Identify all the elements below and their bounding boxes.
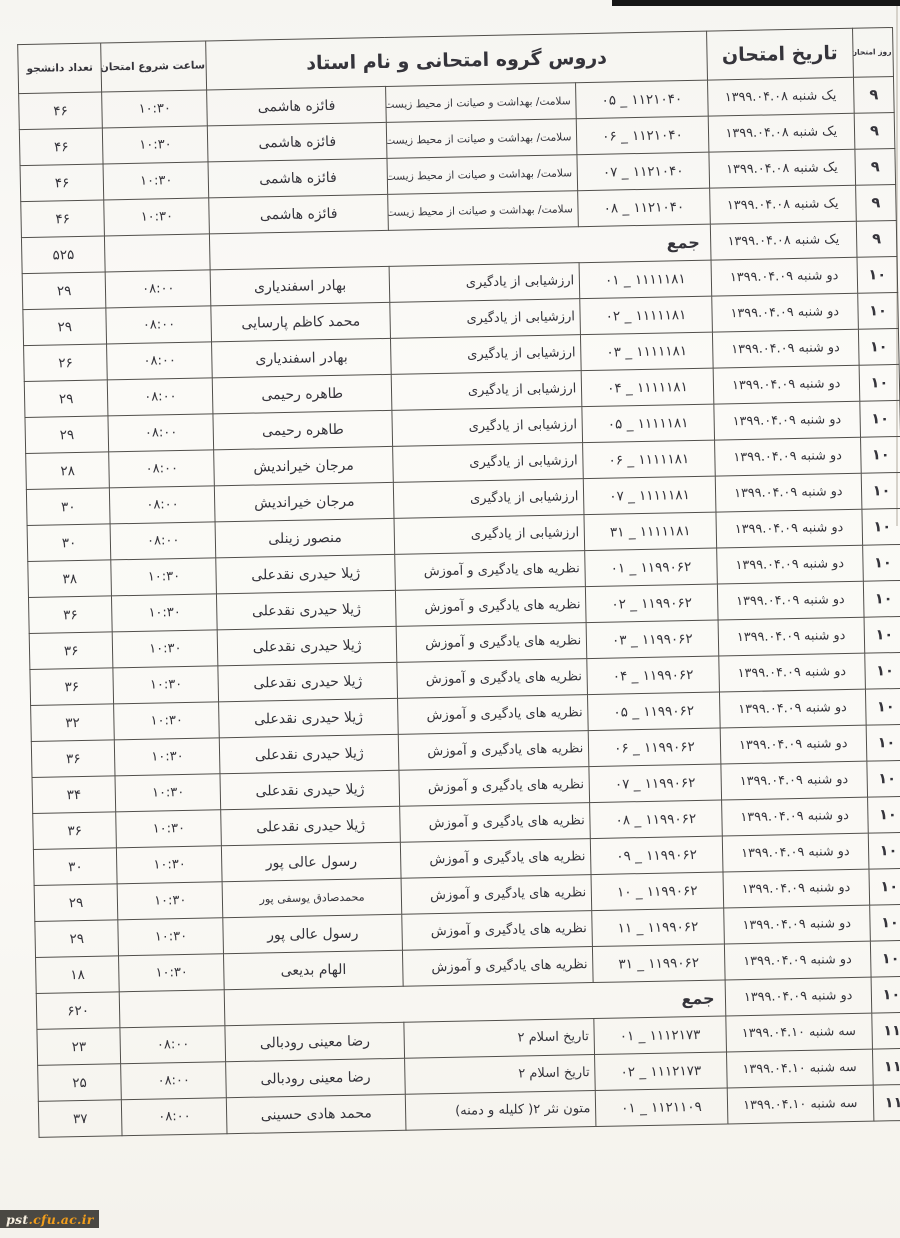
start-time-cell: ۱۰:۳۰ <box>112 594 218 632</box>
exam-date-cell: دو شنبه ۱۳۹۹.۰۴.۰۹ <box>722 833 869 872</box>
exam-date-cell: یک شنبه ۱۳۹۹.۰۴.۰۸ <box>710 221 857 260</box>
student-count-cell: ۳۶ <box>33 812 117 850</box>
student-count-cell: ۳۶ <box>31 740 115 778</box>
student-count-cell: ۳۶ <box>29 632 113 670</box>
professor-name-cell: ژیلا حیدری نقدعلی <box>218 626 397 665</box>
professor-name-cell: فائزه هاشمی <box>208 158 387 197</box>
start-time-cell: ۰۸:۰۰ <box>107 342 213 380</box>
start-time-cell: ۱۰:۳۰ <box>119 954 225 992</box>
professor-name-cell: ژیلا حیدری نقدعلی <box>217 590 396 629</box>
student-count-cell: ۲۶ <box>24 344 108 382</box>
exam-date-cell: دو شنبه ۱۳۹۹.۰۴.۰۹ <box>720 761 867 800</box>
exam-day-cell: ۱۰ <box>867 796 900 833</box>
exam-date-cell: دو شنبه ۱۳۹۹.۰۴.۰۹ <box>713 365 860 404</box>
course-code-cell: ۱۱۱۲۱۷۳ _ ۰۲ <box>595 1052 727 1091</box>
header-exam-date: تاریخ امتحان <box>706 28 853 80</box>
exam-date-cell: دو شنبه ۱۳۹۹.۰۴.۰۹ <box>715 473 862 512</box>
professor-name-cell: منصور زینلی <box>216 518 395 557</box>
professor-name-cell: ژیلا حیدری نقدعلی <box>221 806 400 845</box>
start-time-cell: ۰۸:۰۰ <box>110 486 216 524</box>
student-count-cell: ۵۲۵ <box>21 236 105 274</box>
start-time-cell: ۰۸:۰۰ <box>105 270 211 308</box>
exam-day-cell: ۱۱ <box>872 1012 900 1049</box>
professor-name-cell: رضا معینی رودبالی <box>225 1022 404 1061</box>
exam-day-cell: ۱۰ <box>859 364 900 401</box>
professor-name-cell: طاهره رحیمی <box>213 374 392 413</box>
start-time-cell: ۱۰:۳۰ <box>114 702 220 740</box>
exam-day-cell: ۹ <box>856 184 897 221</box>
course-code-cell: ۱۱۹۹۰۶۲ _ ۰۶ <box>588 728 720 767</box>
course-name-cell: ارزشیابی از یادگیری <box>389 263 580 303</box>
course-name-cell: سلامت/ بهداشت و صیانت از محیط زیست <box>387 155 578 195</box>
student-count-cell: ۳۸ <box>28 560 112 598</box>
start-time-cell: ۱۰:۳۰ <box>103 162 209 200</box>
student-count-cell: ۲۸ <box>26 452 110 490</box>
professor-name-cell: مرجان خیراندیش <box>214 446 393 485</box>
scanned-exam-schedule-page: { "artifacts": { "top_bar_color": "#1616… <box>0 0 900 1238</box>
course-name-cell: ارزشیابی از یادگیری <box>390 299 581 339</box>
exam-date-cell: دو شنبه ۱۳۹۹.۰۴.۰۹ <box>718 653 865 692</box>
course-code-cell: ۱۱۹۹۰۶۲ _ ۰۸ <box>590 800 722 839</box>
course-code-cell: ۱۱۱۱۱۸۱ _ ۰۵ <box>582 404 714 443</box>
course-name-cell: تاریخ اسلام ۲ <box>404 1019 595 1059</box>
course-code-cell: ۱۱۱۱۱۸۱ _ ۰۶ <box>583 440 715 479</box>
student-count-cell: ۴۶ <box>21 200 105 238</box>
start-time-cell: ۱۰:۳۰ <box>104 198 210 236</box>
student-count-cell: ۲۹ <box>34 884 118 922</box>
start-time-cell: ۱۰:۳۰ <box>116 810 222 848</box>
course-code-cell: ۱۱۹۹۰۶۲ _ ۰۲ <box>586 584 718 623</box>
exam-schedule-table: روز امتحان تاریخ امتحان دروس گروه امتحان… <box>17 27 900 1138</box>
exam-date-cell: دو شنبه ۱۳۹۹.۰۴.۰۹ <box>714 437 861 476</box>
start-time-cell: ۱۰:۳۰ <box>115 774 221 812</box>
student-count-cell: ۲۹ <box>25 416 109 454</box>
course-code-cell: ۱۱۱۱۱۸۱ _ ۳۱ <box>584 512 716 551</box>
student-count-cell: ۳۶ <box>28 596 112 634</box>
header-exam-day: روز امتحان <box>852 28 893 78</box>
exam-date-cell: سه شنبه ۱۳۹۹.۰۴.۱۰ <box>725 1013 872 1052</box>
exam-day-cell: ۱۰ <box>865 652 900 689</box>
exam-day-cell: ۱۰ <box>870 940 900 977</box>
start-time-cell: ۱۰:۳۰ <box>117 882 223 920</box>
student-count-cell: ۲۹ <box>35 920 119 958</box>
professor-name-cell: ژیلا حیدری نقدعلی <box>220 770 399 809</box>
professor-name-cell: رسول عالی پور <box>222 842 401 881</box>
course-name-cell: نظریه های یادگیری و آموزش <box>395 587 586 627</box>
start-time-cell: ۱۰:۳۰ <box>112 630 218 668</box>
professor-name-cell: ژیلا حیدری نقدعلی <box>216 554 395 593</box>
professor-name-cell: ژیلا حیدری نقدعلی <box>219 698 398 737</box>
exam-date-cell: یک شنبه ۱۳۹۹.۰۴.۰۸ <box>709 185 856 224</box>
student-count-cell: ۳۲ <box>31 704 115 742</box>
exam-day-cell: ۱۱ <box>873 1084 900 1121</box>
start-time-cell <box>105 234 211 272</box>
course-code-cell: ۱۱۱۱۱۸۱ _ ۰۳ <box>581 332 713 371</box>
professor-name-cell: فائزه هاشمی <box>209 194 388 233</box>
student-count-cell: ۲۹ <box>23 308 107 346</box>
student-count-cell: ۳۰ <box>33 848 117 886</box>
start-time-cell: ۱۰:۳۰ <box>103 126 209 164</box>
professor-name-cell: رضا معینی رودبالی <box>226 1058 405 1097</box>
header-student-count: تعداد دانشجو <box>18 43 102 94</box>
start-time-cell: ۰۸:۰۰ <box>121 1062 227 1100</box>
course-name-cell: نظریه های یادگیری و آموزش <box>399 767 590 807</box>
course-name-cell: ارزشیابی از یادگیری <box>392 443 583 483</box>
professor-name-cell: بهادر اسفندیاری <box>211 266 390 305</box>
course-name-cell: ارزشیابی از یادگیری <box>394 515 585 555</box>
student-count-cell: ۳۷ <box>38 1100 122 1138</box>
course-name-cell: نظریه های یادگیری و آموزش <box>400 839 591 879</box>
start-time-cell <box>119 990 225 1028</box>
course-code-cell: ۱۱۲۱۰۴۰ _ ۰۵ <box>576 80 708 119</box>
scan-edge-artifact <box>612 0 900 6</box>
course-name-cell: ارزشیابی از یادگیری <box>391 371 582 411</box>
exam-date-cell: دو شنبه ۱۳۹۹.۰۴.۰۹ <box>721 797 868 836</box>
course-code-cell: ۱۱۹۹۰۶۲ _ ۱۰ <box>591 872 723 911</box>
exam-day-cell: ۱۰ <box>871 976 900 1013</box>
student-count-cell: ۲۹ <box>24 380 108 418</box>
course-name-cell: سلامت/ بهداشت و صیانت از محیط زیست <box>388 191 579 231</box>
course-name-cell: نظریه های یادگیری و آموزش <box>401 875 592 915</box>
exam-date-cell: دو شنبه ۱۳۹۹.۰۴.۰۹ <box>719 689 866 728</box>
course-name-cell: نظریه های یادگیری و آموزش <box>402 947 593 987</box>
course-code-cell: ۱۱۱۱۱۸۱ _ ۰۲ <box>580 296 712 335</box>
course-code-cell: ۱۱۱۱۱۸۱ _ ۰۷ <box>584 476 716 515</box>
exam-day-cell: ۱۰ <box>863 580 900 617</box>
professor-name-cell: بهادر اسفندیاری <box>212 338 391 377</box>
start-time-cell: ۱۰:۳۰ <box>113 666 219 704</box>
course-code-cell: ۱۱۹۹۰۶۲ _ ۰۱ <box>585 548 717 587</box>
start-time-cell: ۱۰:۳۰ <box>118 918 224 956</box>
start-time-cell: ۰۸:۰۰ <box>108 414 214 452</box>
course-name-cell: ارزشیابی از یادگیری <box>393 479 584 519</box>
exam-date-cell: دو شنبه ۱۳۹۹.۰۴.۰۹ <box>716 545 863 584</box>
course-name-cell: نظریه های یادگیری و آموزش <box>398 731 589 771</box>
course-name-cell: ارزشیابی از یادگیری <box>392 407 583 447</box>
exam-date-cell: سه شنبه ۱۳۹۹.۰۴.۱۰ <box>726 1049 873 1088</box>
exam-date-cell: دو شنبه ۱۳۹۹.۰۴.۰۹ <box>718 617 865 656</box>
course-name-cell: نظریه های یادگیری و آموزش <box>402 911 593 951</box>
exam-day-cell: ۱۰ <box>866 724 900 761</box>
start-time-cell: ۰۸:۰۰ <box>106 306 212 344</box>
watermark-domain: .cfu.ac.ir <box>28 1212 93 1227</box>
start-time-cell: ۰۸:۰۰ <box>107 378 213 416</box>
exam-day-cell: ۱۰ <box>865 688 900 725</box>
exam-day-cell: ۱۰ <box>861 472 900 509</box>
exam-date-cell: یک شنبه ۱۳۹۹.۰۴.۰۸ <box>707 77 854 116</box>
start-time-cell: ۰۸:۰۰ <box>122 1098 228 1136</box>
exam-date-cell: دو شنبه ۱۳۹۹.۰۴.۰۹ <box>713 401 860 440</box>
course-name-cell: نظریه های یادگیری و آموزش <box>396 623 587 663</box>
exam-day-cell: ۱۰ <box>870 904 900 941</box>
exam-day-cell: ۱۰ <box>864 616 900 653</box>
professor-name-cell: مرجان خیراندیش <box>215 482 394 521</box>
course-name-cell: سلامت/ بهداشت و صیانت از محیط زیست <box>385 83 576 123</box>
exam-date-cell: دو شنبه ۱۳۹۹.۰۴.۰۹ <box>711 293 858 332</box>
exam-day-cell: ۱۰ <box>858 328 899 365</box>
course-code-cell: ۱۱۱۱۱۸۱ _ ۰۴ <box>581 368 713 407</box>
start-time-cell: ۱۰:۳۰ <box>115 738 221 776</box>
start-time-cell: ۰۸:۰۰ <box>110 522 216 560</box>
course-code-cell: ۱۱۹۹۰۶۲ _ ۰۷ <box>589 764 721 803</box>
exam-day-cell: ۱۰ <box>862 508 900 545</box>
exam-date-cell: دو شنبه ۱۳۹۹.۰۴.۰۹ <box>711 257 858 296</box>
exam-day-cell: ۱۰ <box>860 400 900 437</box>
exam-day-cell: ۱۱ <box>872 1048 900 1085</box>
professor-name-cell: محمد هادی حسینی <box>227 1094 406 1133</box>
course-code-cell: ۱۱۲۱۰۴۰ _ ۰۶ <box>577 116 709 155</box>
student-count-cell: ۶۲۰ <box>36 992 120 1030</box>
exam-date-cell: یک شنبه ۱۳۹۹.۰۴.۰۸ <box>708 113 855 152</box>
professor-name-cell: طاهره رحیمی <box>213 410 392 449</box>
professor-name-cell: فائزه هاشمی <box>207 86 386 125</box>
exam-date-cell: دو شنبه ۱۳۹۹.۰۴.۰۹ <box>720 725 867 764</box>
exam-day-cell: ۱۰ <box>868 832 900 869</box>
course-code-cell: ۱۱۹۹۰۶۲ _ ۳۱ <box>593 944 725 983</box>
course-code-cell: ۱۱۱۲۱۷۳ _ ۰۱ <box>594 1016 726 1055</box>
course-code-cell: ۱۱۹۹۰۶۲ _ ۱۱ <box>592 908 724 947</box>
course-name-cell: نظریه های یادگیری و آموزش <box>395 551 586 591</box>
exam-day-cell: ۹ <box>854 112 895 149</box>
course-name-cell: نظریه های یادگیری و آموزش <box>397 659 588 699</box>
exam-day-cell: ۹ <box>855 148 896 185</box>
student-count-cell: ۴۶ <box>19 128 103 166</box>
course-name-cell: سلامت/ بهداشت و صیانت از محیط زیست <box>386 119 577 159</box>
start-time-cell: ۰۸:۰۰ <box>109 450 215 488</box>
course-name-cell: نظریه های یادگیری و آموزش <box>397 695 588 735</box>
exam-date-cell: دو شنبه ۱۳۹۹.۰۴.۰۹ <box>717 581 864 620</box>
watermark-bar: pst.cfu.ac.ir <box>0 1210 99 1228</box>
professor-name-cell: الهام بدیعی <box>224 950 403 989</box>
professor-name-cell: رسول عالی پور <box>223 914 402 953</box>
student-count-cell: ۳۰ <box>27 524 111 562</box>
course-code-cell: ۱۱۹۹۰۶۲ _ ۰۵ <box>588 692 720 731</box>
start-time-cell: ۰۸:۰۰ <box>120 1026 226 1064</box>
student-count-cell: ۳۶ <box>30 668 114 706</box>
professor-name-cell: ژیلا حیدری نقدعلی <box>220 734 399 773</box>
exam-day-cell: ۱۰ <box>860 436 900 473</box>
start-time-cell: ۱۰:۳۰ <box>117 846 223 884</box>
course-name-cell: متون نثر ۲( کلیله و دمنه) <box>405 1091 596 1131</box>
exam-date-cell: دو شنبه ۱۳۹۹.۰۴.۰۹ <box>716 509 863 548</box>
course-name-cell: تاریخ اسلام ۲ <box>404 1055 595 1095</box>
professor-name-cell: فائزه هاشمی <box>208 122 387 161</box>
exam-date-cell: سه شنبه ۱۳۹۹.۰۴.۱۰ <box>727 1085 874 1124</box>
professor-name-cell: محمدصادق یوسفی پور <box>223 878 402 917</box>
exam-date-cell: دو شنبه ۱۳۹۹.۰۴.۰۹ <box>725 977 872 1016</box>
student-count-cell: ۲۳ <box>37 1028 121 1066</box>
course-code-cell: ۱۱۹۹۰۶۲ _ ۰۹ <box>591 836 723 875</box>
student-count-cell: ۱۸ <box>36 956 120 994</box>
course-code-cell: ۱۱۹۹۰۶۲ _ ۰۳ <box>586 620 718 659</box>
course-name-cell: نظریه های یادگیری و آموزش <box>400 803 591 843</box>
course-code-cell: ۱۱۲۱۰۴۰ _ ۰۷ <box>577 152 709 191</box>
course-code-cell: ۱۱۱۱۱۸۱ _ ۰۱ <box>579 260 711 299</box>
student-count-cell: ۴۶ <box>20 164 104 202</box>
exam-day-cell: ۱۰ <box>867 760 900 797</box>
exam-date-cell: دو شنبه ۱۳۹۹.۰۴.۰۹ <box>724 941 871 980</box>
professor-name-cell: ژیلا حیدری نقدعلی <box>218 662 397 701</box>
course-code-cell: ۱۱۲۱۱۰۹ _ ۰۱ <box>596 1088 728 1127</box>
student-count-cell: ۲۹ <box>22 272 106 310</box>
professor-name-cell: محمد کاظم پارسایی <box>211 302 390 341</box>
exam-date-cell: یک شنبه ۱۳۹۹.۰۴.۰۸ <box>709 149 856 188</box>
exam-date-cell: دو شنبه ۱۳۹۹.۰۴.۰۹ <box>723 905 870 944</box>
course-name-cell: ارزشیابی از یادگیری <box>390 335 581 375</box>
student-count-cell: ۴۶ <box>19 92 103 130</box>
start-time-cell: ۱۰:۳۰ <box>111 558 217 596</box>
scanned-sheet: روز امتحان تاریخ امتحان دروس گروه امتحان… <box>17 27 900 1138</box>
header-start-time: ساعت شروع امتحان <box>101 41 207 92</box>
course-code-cell: ۱۱۹۹۰۶۲ _ ۰۴ <box>587 656 719 695</box>
exam-date-cell: دو شنبه ۱۳۹۹.۰۴.۰۹ <box>723 869 870 908</box>
start-time-cell: ۱۰:۳۰ <box>102 90 208 128</box>
exam-date-cell: دو شنبه ۱۳۹۹.۰۴.۰۹ <box>712 329 859 368</box>
exam-day-cell: ۹ <box>853 77 894 114</box>
course-code-cell: ۱۱۲۱۰۴۰ _ ۰۸ <box>578 188 710 227</box>
exam-day-cell: ۱۰ <box>857 256 898 293</box>
exam-day-cell: ۱۰ <box>863 544 900 581</box>
exam-day-cell: ۹ <box>856 220 897 257</box>
student-count-cell: ۳۴ <box>32 776 116 814</box>
watermark-prefix: pst <box>6 1212 28 1227</box>
student-count-cell: ۳۰ <box>26 488 110 526</box>
exam-day-cell: ۱۰ <box>858 292 899 329</box>
student-count-cell: ۲۵ <box>38 1064 122 1102</box>
exam-day-cell: ۱۰ <box>869 868 900 905</box>
table-body: ۹یک شنبه ۱۳۹۹.۰۴.۰۸۱۱۲۱۰۴۰ _ ۰۵سلامت/ به… <box>19 77 900 1138</box>
